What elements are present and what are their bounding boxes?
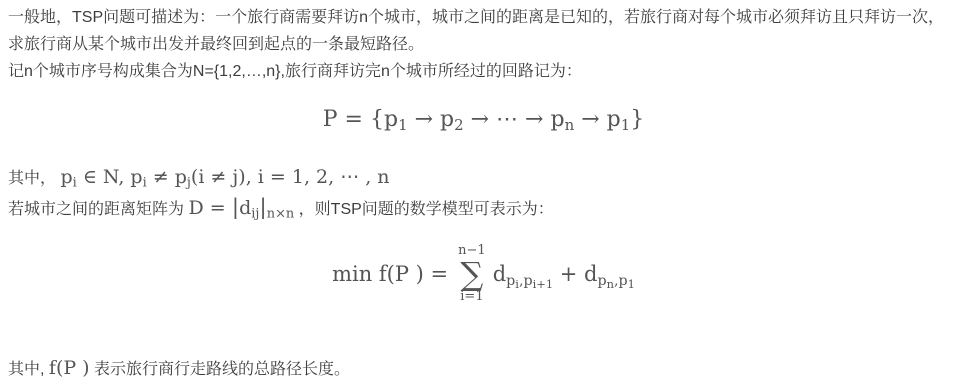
intro-paragraph: 一般地，TSP问题可描述为：一个旅行商需要拜访n个城市，城市之间的距离是已知的，… — [8, 4, 959, 58]
closing-math: f(P ) — [49, 357, 90, 379]
constraint-prefix: 其中， — [8, 170, 56, 187]
matrix-prefix: 若城市之间的距离矩阵为 — [8, 201, 184, 218]
model-rhs: dpi,pi+1 + dpn,p1 — [493, 262, 635, 286]
sigma-icon: ∑ — [461, 258, 484, 290]
sum-lower-limit: i=1 — [460, 290, 483, 304]
tour-formula: P = {p1 → p2 → ⋯ → pn → p1} — [8, 107, 959, 133]
tour-set-paragraph: 记n个城市序号构成集合为N={1,2,…,n},旅行商拜访完n个城市所经过的回路… — [8, 58, 959, 85]
matrix-suffix: ，则TSP问题的数学模型可表示为： — [299, 201, 554, 218]
closing-prefix: 其中, — [8, 361, 44, 378]
sum-operator: n−1 ∑ i=1 — [458, 244, 486, 304]
matrix-math: D = |dij|n×n — [188, 197, 294, 219]
closing-suffix: 表示旅行商行走路线的总路径长度。 — [94, 361, 350, 378]
closing-paragraph: 其中, f(P ) 表示旅行商行走路线的总路径长度。 — [8, 355, 959, 383]
model-lhs: min f(P ) = — [332, 262, 448, 286]
constraint-math: pi ∈ N, pi ≠ pj(i ≠ j), i = 1, 2, ⋯ , n — [60, 166, 389, 188]
matrix-line: 若城市之间的距离矩阵为 D = |dij|n×n ，则TSP问题的数学模型可表示… — [8, 193, 959, 225]
model-formula: min f(P ) = n−1 ∑ i=1 dpi,pi+1 + dpn,p1 — [8, 243, 959, 305]
constraint-line: 其中， pi ∈ N, pi ≠ pj(i ≠ j), i = 1, 2, ⋯ … — [8, 163, 959, 193]
document: 一般地，TSP问题可描述为：一个旅行商需要拜访n个城市，城市之间的距离是已知的，… — [0, 0, 965, 383]
